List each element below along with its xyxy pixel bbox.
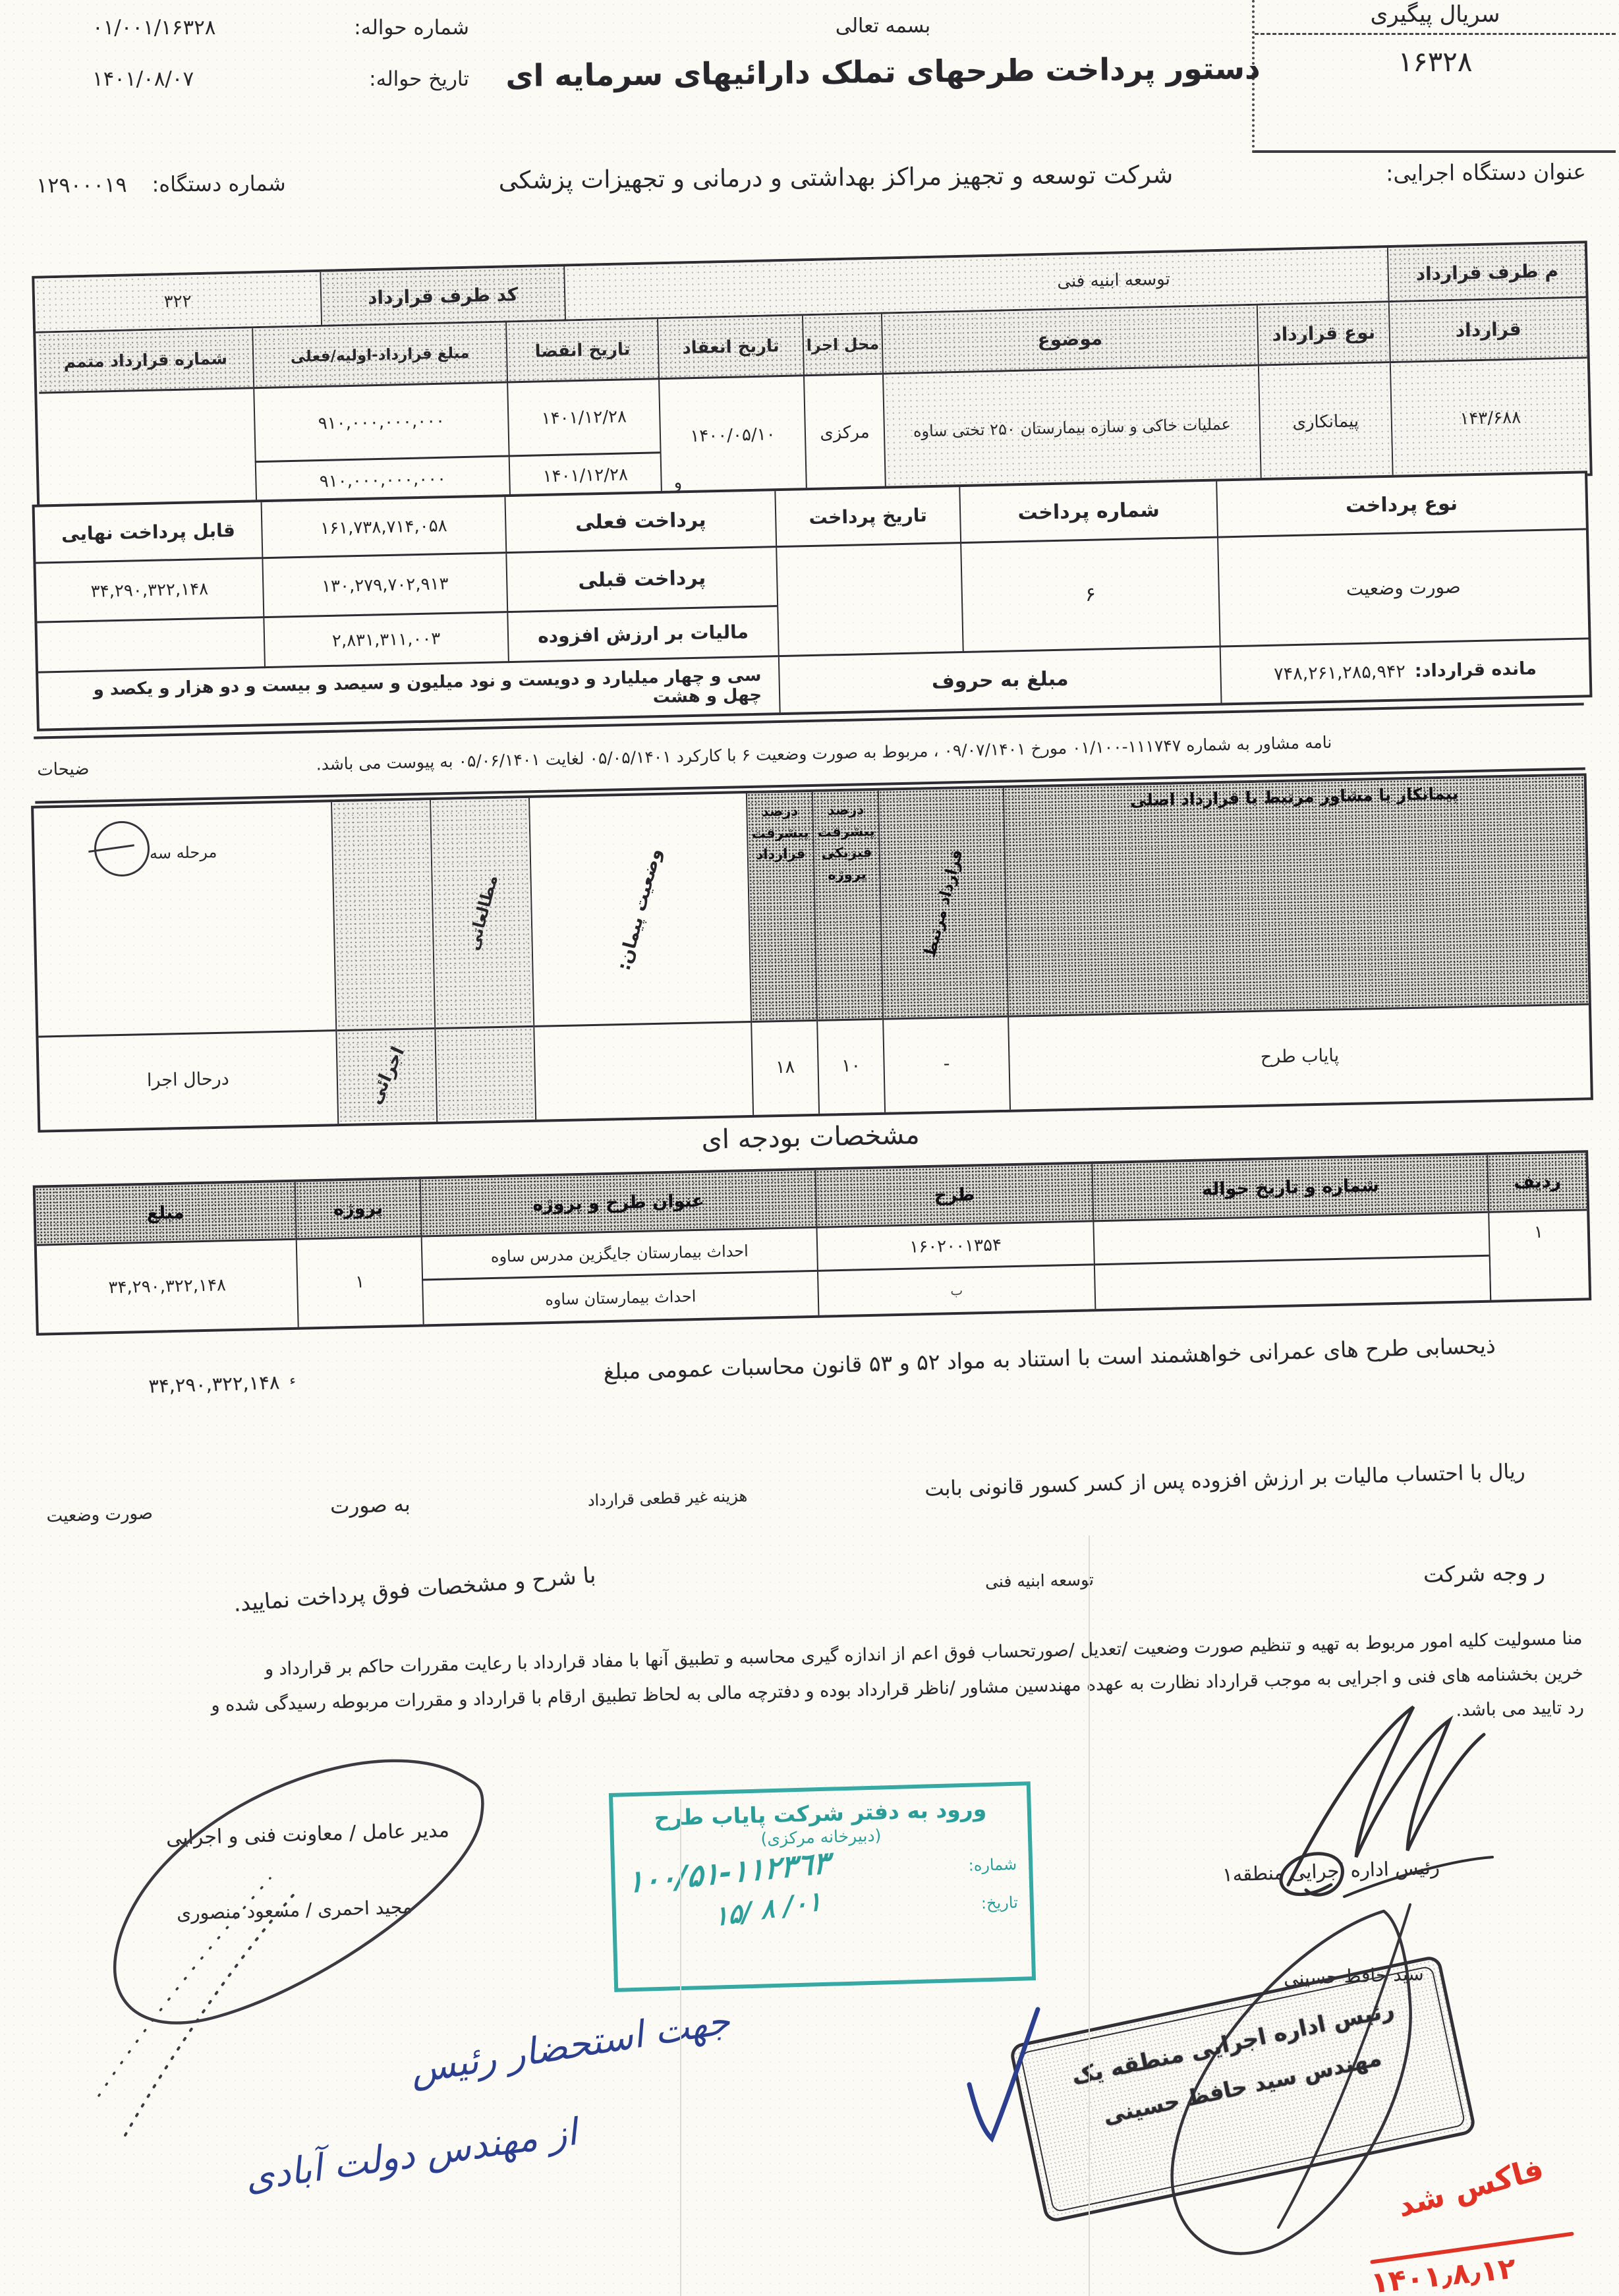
contract-progress-header: درصد پیشرفت قرارداد — [747, 792, 816, 1023]
payment-date-header: تاریخ پرداخت — [774, 487, 960, 548]
budget-title-header: عنوان طرح و پروژه — [420, 1170, 816, 1238]
tracking-serial-number: ۱۶۳۲۸ — [1255, 35, 1616, 78]
contract-remainder-label: مانده قرارداد: — [1415, 658, 1537, 681]
contractor-header: پیمانکار یا مشاور مرتبط با قرارداد اصلی — [1004, 776, 1589, 1017]
related-contract-header-label: قرارداد مرتبط — [920, 847, 966, 959]
related-contract-value: - — [884, 1018, 1009, 1110]
pact-status-header-label: وضعیت پیمان: — [613, 846, 666, 973]
budget-amount-value: ۳۴,۲۹۰,۳۲۲,۱۴۸ — [37, 1240, 298, 1333]
contract-type-value: پیمانکاری — [1258, 363, 1392, 480]
final-payable-label: قابل پرداخت نهایی — [35, 502, 262, 563]
entry-stamp-date-value: ۱۵/ ۸ /۰۱ — [714, 1886, 822, 1933]
related-contract-header: قرارداد مرتبط — [879, 788, 1008, 1020]
request-line-amount-group: ء ۳۴,۲۹۰,۳۲۲,۱۴۸ — [148, 1371, 296, 1398]
rial-line-text: ریال با احتساب مالیات بر ارزش افزوده پس … — [924, 1460, 1525, 1501]
contract-remainder-value: ۷۴۸,۲۶۱,۲۸۵,۹۴۲ — [1274, 661, 1406, 684]
stage-value: درحال اجرا — [38, 1031, 337, 1128]
budget-project-title2: احداث بیمارستان ساوه — [422, 1272, 818, 1325]
col-exec-status: اجرائی — [332, 800, 438, 1124]
pact-status-value-empty — [534, 1023, 753, 1118]
device-number-value: ۱۲۹۰۰۰۱۹ — [36, 172, 127, 198]
physical-progress-header-label: درصد پیشرفت فیزیکی پروژه — [813, 791, 880, 886]
fold-crease-1 — [1089, 1535, 1090, 2296]
stage-header: مرحله سه — [34, 802, 335, 1037]
company-line-name: توسعه ابنیه فنی — [985, 1570, 1094, 1591]
payment-type-header: نوع پرداخت — [1216, 473, 1586, 538]
request-line: ذیحسابی طرح های عمرانی خواهشمند است با ا… — [148, 1333, 1496, 1398]
contract-sign-date-header: تاریخ انعقاد — [657, 316, 803, 380]
exec-status-value-cell: اجرائی — [337, 1029, 436, 1122]
contract-amount-header: مبلغ قرارداد-اولیه/فعلی — [252, 323, 507, 389]
payment-type-value: صورت وضعیت — [1217, 530, 1588, 647]
fold-crease-2 — [680, 1799, 681, 2296]
contract-expiry1: ۱۴۰۱/۱۲/۲۸ — [507, 380, 660, 457]
contract-type-header: نوع قرارداد — [1257, 302, 1390, 366]
besmellah: بسمه تعالی — [672, 14, 1094, 38]
payment-table: نوع پرداخت شماره پرداخت تاریخ پرداخت پرد… — [32, 471, 1593, 731]
current-payment-label: پرداخت فعلی — [504, 491, 776, 554]
exec-status-header — [332, 800, 434, 1031]
company-line-right: ر وجه شرکت — [1423, 1559, 1546, 1588]
contract-progress-header-label: درصد پیشرفت قرارداد — [747, 792, 813, 866]
stage-header-label: مرحله سه — [148, 805, 217, 863]
office-stamp-line1: رئیس اداره اجرایی منطقه یک — [1018, 1986, 1448, 2102]
study-value-empty — [436, 1027, 535, 1120]
budget-table: ردیف شماره و تاریخ حواله طرح عنوان طرح و… — [33, 1150, 1592, 1336]
col-pact-status: وضعیت پیمان: — [530, 793, 754, 1120]
budget-project-header: پروژه — [295, 1179, 421, 1240]
hawala-number-label: شماره حواله: — [354, 16, 469, 40]
entry-stamp-number-row: شماره: ۱۰۰/۵۱-۱۱۲۳٦۳ — [615, 1846, 1029, 1893]
amount-in-words-label: مبلغ به حروف — [778, 648, 1221, 713]
previous-payment-label: پرداخت قبلی — [505, 548, 777, 613]
hawala-date-label: تاریخ حواله: — [369, 67, 469, 91]
study-header: مطالعاتی — [431, 798, 533, 1029]
study-header-label: مطالعاتی — [463, 873, 501, 952]
notes-text: نامه مشاور به شماره ۱۱۱۷۴۷-۰۱/۱۰۰ مورخ ۰… — [123, 727, 1585, 778]
left-signature-scribble — [46, 1700, 521, 2162]
physical-progress-header: درصد پیشرفت فیزیکی پروژه — [813, 791, 882, 1021]
col-stage: مرحله سه درحال اجرا — [34, 802, 339, 1130]
pay-instruction-line: با شرح و مشخصات فوق پرداخت نمایید. — [135, 1562, 597, 1624]
hawala-number-value: ۰۱/۰۰۱/۱۶۳۲۸ — [92, 16, 215, 40]
hawala-date-row: تاریخ حواله: ۱۴۰۱/۰۸/۰۷ — [92, 67, 469, 91]
contract-sign-note: و — [673, 473, 682, 493]
entry-stamp-number-label: شماره: — [968, 1855, 1017, 1875]
col-related-contract: قرارداد مرتبط - — [879, 788, 1011, 1112]
contract-subject-value: عملیات خاکی و سازه بیمارستان ۲۵۰ تختی سا… — [882, 366, 1261, 490]
budget-tarh-mark: ب — [817, 1265, 1094, 1315]
rial-line: ریال با احتساب مالیات بر ارزش افزوده پس … — [46, 1460, 1525, 1528]
contract-no-header: قرارداد — [1388, 298, 1587, 363]
contract-progress-value: ۱۸ — [752, 1021, 818, 1113]
budget-row2-empty1 — [1489, 1254, 1589, 1300]
col-contractor: پیمانکار یا مشاور مرتبط با قرارداد اصلی … — [1004, 776, 1591, 1109]
contract-sign-date-cell: ۱۴۰۰/۰۵/۱۰ و — [658, 376, 806, 494]
physical-progress-value: ۱۰ — [818, 1020, 884, 1112]
contractor-header-label: پیمانکار یا مشاور مرتبط با قرارداد اصلی — [1130, 778, 1459, 809]
contract-supplement-header: شماره قرارداد متمم — [38, 328, 253, 393]
budget-tarh-code: ۱۶۰۲۰۰۱۳۵۴ — [816, 1222, 1093, 1272]
budget-row2-empty2 — [1094, 1257, 1490, 1309]
contract-location-header: محل اجرا — [802, 314, 882, 377]
current-payment-value: ۱۶۱,۷۳۸,۷۱۴,۰۵۸ — [261, 497, 506, 559]
contract-remainder-cell: مانده قرارداد: ۷۴۸,۲۶۱,۲۸۵,۹۴۲ — [1220, 639, 1590, 703]
budget-row-header: ردیف — [1487, 1153, 1587, 1213]
office-stamp-line2: مهندس سید حافظ حسینی — [1027, 2029, 1457, 2144]
contract-table: م طرف قرارداد توسعه ابنیه فنی کد طرف قرا… — [32, 241, 1592, 511]
rial-line-status: صورت وضعیت — [46, 1504, 153, 1527]
budget-project-no: ۱ — [296, 1237, 423, 1327]
request-line-amount: ۳۴,۲۹۰,۳۲۲,۱۴۸ — [148, 1371, 280, 1397]
device-number-group: شماره دستگاه: ۱۲۹۰۰۰۱۹ — [36, 171, 286, 198]
hawala-date-value: ۱۴۰۱/۰۸/۰۷ — [92, 67, 194, 91]
previous-payment-value: ۱۳۰,۲۷۹,۷۰۲,۹۱۳ — [262, 554, 507, 618]
payment-date-value — [776, 544, 963, 657]
contract-party-label: م طرف قرارداد — [1387, 243, 1586, 301]
payment-number-value: ۶ — [960, 538, 1220, 653]
budget-amount-header: مبلغ — [36, 1182, 296, 1246]
payment-number-header: شماره پرداخت — [959, 482, 1217, 544]
contract-party-code-label: کد طرف قرارداد — [320, 267, 565, 325]
document-page: سریال پیگیری ۱۶۳۲۸ بسمه تعالی دستور پردا… — [0, 0, 1619, 2296]
contract-subject-header: موضوع — [881, 306, 1258, 375]
col-study: مطالعاتی — [431, 798, 536, 1122]
payable-empty-cell — [37, 618, 264, 673]
rial-line-fee: هزینه غیر قطعی قرارداد — [587, 1487, 747, 1510]
contractor-value: پایاب طرح — [1009, 1005, 1591, 1107]
tracking-serial-box: سریال پیگیری ۱۶۳۲۸ — [1252, 0, 1616, 153]
page-title: دستور پرداخت طرحهای تملک دارائیهای سرمای… — [501, 50, 1266, 94]
tracking-serial-label: سریال پیگیری — [1255, 0, 1616, 28]
col-physical-progress: درصد پیشرفت فیزیکی پروژه ۱۰ — [813, 791, 886, 1114]
device-number-label: شماره دستگاه: — [152, 171, 285, 197]
contract-location-value: مرکزی — [803, 375, 885, 492]
agency-name: شرکت توسعه و تجهیز مراکز بهداشتی و درمان… — [499, 160, 1174, 194]
budget-tarh-header: طرح — [815, 1164, 1093, 1228]
vat-label: مالیات بر ارزش افزوده — [507, 607, 778, 663]
contract-amount1: ۹۱۰,۰۰۰,۰۰۰,۰۰۰ — [253, 384, 508, 463]
contract-supplement-value — [39, 389, 256, 508]
agency-label: عنوان دستگاه اجرایی: — [1386, 159, 1586, 187]
entry-stamp: ورود به دفتر شرکت پایاب طرح (دبیرخانه مر… — [609, 1781, 1036, 1992]
progress-table: پیمانکار یا مشاور مرتبط با قرارداد اصلی … — [31, 773, 1593, 1132]
contract-sign-date-value: ۱۴۰۰/۰۵/۱۰ — [690, 424, 776, 446]
right-signature-scribble — [1252, 1687, 1502, 1911]
request-line-text: ذیحسابی طرح های عمرانی خواهشمند است با ا… — [603, 1333, 1496, 1385]
exec-status-value: اجرائی — [364, 1044, 409, 1108]
pact-status-header: وضعیت پیمان: — [530, 793, 751, 1027]
contract-party-code: ۳۲۲ — [34, 272, 321, 331]
hawala-number-row: شماره حواله: ۰۱/۰۰۱/۱۶۳۲۸ — [92, 16, 469, 40]
contract-expiry-header: تاریخ انقضا — [505, 319, 658, 383]
circle-mark — [94, 821, 150, 876]
final-payable-value: ۳۴,۲۹۰,۳۲۲,۱۴۸ — [36, 559, 263, 623]
vat-value: ۲,۸۳۱,۳۱۱,۰۰۳ — [263, 613, 508, 668]
blue-checkmark — [959, 2000, 1044, 2152]
contract-no-value: ۱۴۳/۶۸۸ — [1390, 359, 1590, 478]
col-contract-progress: درصد پیشرفت قرارداد ۱۸ — [747, 792, 820, 1115]
budget-hawala-header: شماره و تاریخ حواله — [1091, 1155, 1488, 1222]
rial-line-as: به صورت — [329, 1493, 411, 1519]
entry-stamp-date-label: تاریخ: — [981, 1893, 1019, 1913]
agency-row: عنوان دستگاه اجرایی: شرکت توسعه و تجهیز … — [36, 157, 1586, 199]
notes-label: ضیحات — [34, 759, 123, 780]
request-line-mark: ء — [289, 1371, 296, 1387]
